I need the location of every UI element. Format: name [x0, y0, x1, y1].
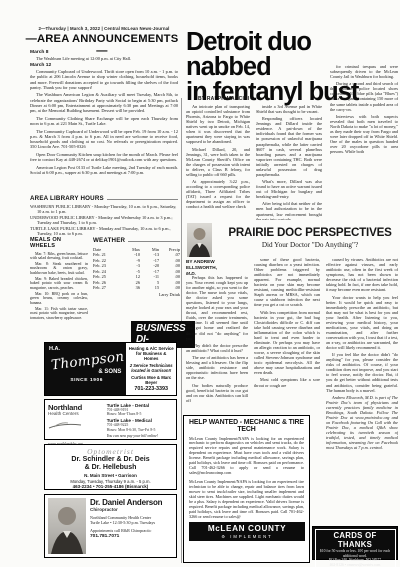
- thompson-techs-line: 2 Service Technicians located in Garriso…: [128, 363, 174, 373]
- weather-section: WEATHER DateMaxMinPrecip Feb. 21-10-13.0…: [93, 237, 180, 297]
- prairie-doc-column-2: some of these good bacteria, causing dia…: [254, 257, 320, 423]
- optometrist-hours: Monday, Tuesday, Thursday 9 a.m. - 5 p.m…: [48, 479, 173, 484]
- chiropractor-copy: Dr. Daniel Anderson Chiropractor Northla…: [90, 498, 162, 554]
- northland-locations: Turtle Lake - Dental 701-448-9191 Hours:…: [107, 403, 173, 437]
- cards-of-thanks-title: CARDS OF THANKS: [318, 531, 393, 549]
- chiropractor-photo: [48, 498, 86, 554]
- chiropractor-ad: Dr. Daniel Anderson Chiropractor Northla…: [44, 494, 177, 558]
- chiropractor-phone: 701.781.7071: [90, 534, 162, 539]
- library-hours-title: AREA LIBRARY HOURS: [30, 195, 178, 202]
- announcement-date-header: March 12: [30, 63, 178, 68]
- northland-logo-block: Northland Health Centers www.northlandch…: [48, 403, 107, 437]
- thompson-names-line: Curtiss Moe & Marc Beyer: [128, 375, 174, 385]
- help-wanted-paragraphs: McLean County Implement/NAPA is looking …: [189, 436, 304, 519]
- optometrist-phones: 463-2234 • 701-255-4186 (Bismarck): [48, 484, 173, 489]
- northland-ad: Northland Health Centers www.northlandch…: [44, 399, 177, 440]
- prairie-doc-column-1: Perhaps this has happened to you. Your r…: [186, 275, 248, 413]
- mclean-county-implement-logo: McLEAN COUNTY ⚙ IMPLEMENT: [189, 522, 305, 541]
- portrait-man-icon: [48, 498, 86, 554]
- prairie-doc-byline: BY ANDREW ELLSWORTH, M.D.: [186, 259, 226, 277]
- page-masthead: 2—Thursday | March 3, 2022 | Central McL…: [28, 26, 180, 31]
- help-wanted-title: HELP WANTED - MECHANIC & TIRE TECH: [189, 419, 304, 433]
- thompson-service-line: Heating & A/C Service for Business & Hom…: [128, 346, 174, 362]
- mci-logo-line2: ⚙ IMPLEMENT: [191, 534, 303, 539]
- newspaper-page: 2—Thursday | March 3, 2022 | Central McL…: [0, 0, 400, 567]
- announcement-group-march12: Community Cupboard of Underwood. Thrift …: [30, 69, 178, 175]
- northland-medical-hours: Hours: Mon 8-6:30, Tue-Fri 8-5: [107, 428, 173, 433]
- prairie-doc-subtitle: Did Your Doctor "Do Anything"?: [222, 241, 398, 249]
- library-hours-section: AREA LIBRARY HOURS WASHBURN PUBLIC LIBRA…: [30, 195, 178, 236]
- meals-title: MEALS ON WHEELS: [30, 237, 88, 249]
- chiropractor-schedule: Turtle Lake • 12:30-5:30 p.m. Tuesdays: [90, 520, 162, 525]
- detroit-column-2: inside a 3rd Avenue pad in White Shield …: [256, 104, 322, 220]
- help-wanted-ad: HELP WANTED - MECHANIC & TIRE TECH McLea…: [183, 415, 310, 563]
- cards-of-thanks-ad: CARDS OF THANKS $10 for 50 words or less…: [312, 526, 398, 560]
- thompson-sons-ad: H.A. Thompson & SONS SINCE 1906 Heating …: [44, 342, 177, 396]
- northland-dental-hours: Hours: Mon-Thurs 8-5: [107, 412, 173, 417]
- detroit-column-3: for criminal trespass and were subsequen…: [330, 64, 398, 220]
- optometrist-ad: Optometrist Dr. Schindler & Dr. Deis & D…: [44, 444, 177, 490]
- library-hours-title-text: AREA LIBRARY HOURS: [30, 195, 104, 202]
- weather-rows: Feb. 21-10-13.07Feb. 22-9-17.00Feb. 23-3…: [93, 252, 180, 291]
- thompson-since: SINCE 1906: [49, 378, 124, 383]
- thompson-logo: H.A. Thompson & SONS SINCE 1906: [45, 343, 126, 395]
- wheat-icon: [48, 421, 82, 429]
- optometrist-address: N. Main Street • Garrison: [48, 473, 173, 478]
- thompson-phone: 701-223-3393: [128, 386, 174, 392]
- announcement-date-header: March 8: [30, 50, 178, 55]
- optometrist-doctors-line1: Dr. Schindler & Dr. Deis: [48, 456, 173, 464]
- meals-list: Mar. 7: Ribs, green beans, lettuce with …: [30, 252, 88, 321]
- area-announcements-body: March 8 The Washburn Life meeting at 12:…: [30, 47, 178, 193]
- cards-of-thanks-lines: $10 for 50 words or less. 10¢ per word f…: [318, 549, 393, 567]
- weather-title: WEATHER: [93, 237, 180, 244]
- cards-of-thanks-inner: CARDS OF THANKS $10 for 50 words or less…: [315, 529, 396, 567]
- meals-title-text: MEALS ON WHEELS: [30, 237, 85, 249]
- announcement-group-march8: The Washburn Life meeting at 12:00 p.m. …: [30, 56, 178, 61]
- detroit-column-1: An intricate plan of transporting an opi…: [186, 104, 250, 220]
- chiropractor-name: Dr. Daniel Anderson: [90, 498, 162, 507]
- prairie-doc-kicker: PRAIRIE DOC PERSPECTIVES: [222, 226, 398, 239]
- ellsworth-photo: [187, 223, 212, 257]
- chiropractor-title: Chiropractor: [90, 507, 162, 512]
- optometrist-doctors-line2: & Dr. Hellebush: [48, 464, 173, 472]
- optometrist-kicker: Optometrist: [48, 447, 173, 456]
- weather-title-text: WEATHER: [93, 237, 125, 244]
- prairie-doc-column-3-text: caused by viruses. Antibiotics are not e…: [326, 257, 398, 393]
- library-hours-list: WASHBURN PUBLIC LIBRARY - Monday-Thursda…: [30, 204, 178, 236]
- chiropractor-appointments: Appointments call R&R Chiropractic: [90, 528, 162, 533]
- meals-on-wheels-section: MEALS ON WHEELS Mar. 7: Ribs, green bean…: [30, 237, 88, 322]
- prairie-doc-column-3: caused by viruses. Antibiotics are not e…: [326, 257, 398, 523]
- thompson-ad-copy: Heating & A/C Service for Business & Hom…: [126, 343, 176, 395]
- detroit-byline: BY RALPH MANCINI: [198, 96, 249, 102]
- weather-table: DateMaxMinPrecip Feb. 21-10-13.07Feb. 22…: [93, 247, 180, 291]
- prairie-doc-author-bio: Andrew Ellsworth, M.D. is part of The Pr…: [326, 395, 398, 451]
- northland-pay-note: You can now pay your bill online!: [107, 434, 173, 438]
- mci-logo-line1: McLEAN COUNTY: [191, 524, 303, 533]
- weather-credit: Larry Dziuk: [93, 292, 180, 297]
- northland-subname: Health Centers: [48, 411, 107, 416]
- portrait-doctor-icon: [187, 223, 212, 257]
